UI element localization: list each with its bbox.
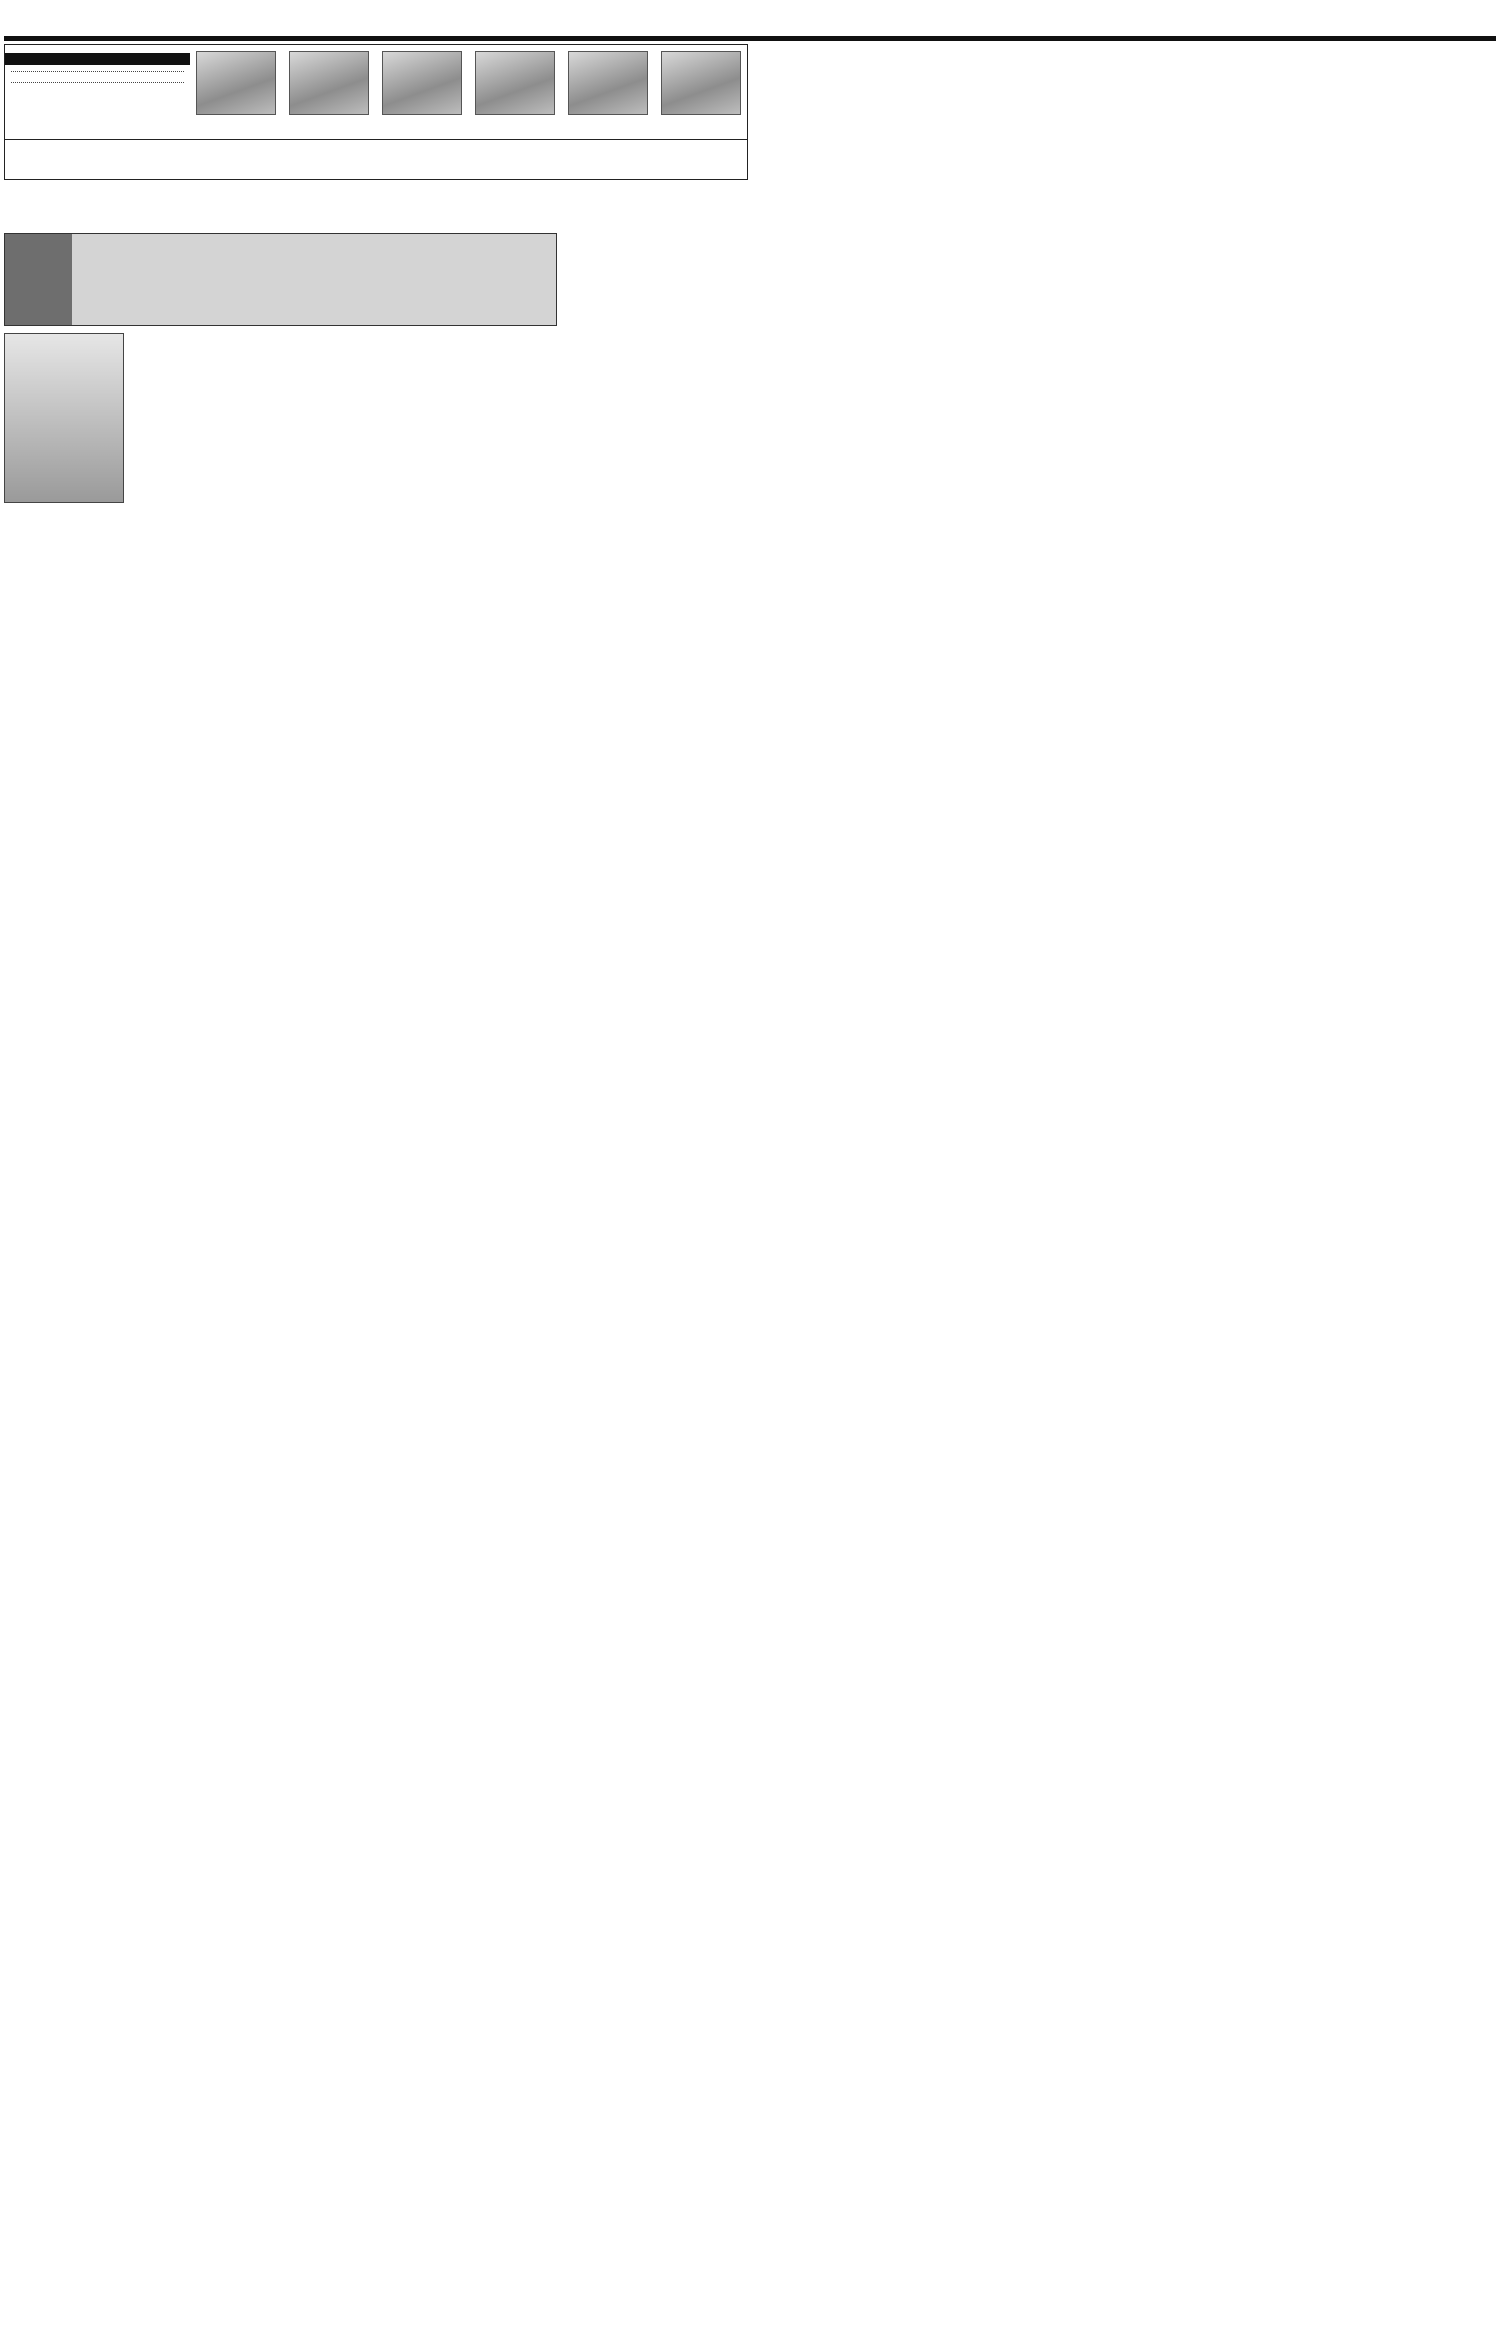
classified-banner (4, 233, 557, 326)
coupon-photo (475, 51, 555, 139)
header-rule (4, 36, 1496, 41)
age-field[interactable] (11, 80, 184, 83)
coupon-photo (382, 51, 462, 139)
coupon-terms (5, 140, 747, 146)
coupon-photo (289, 51, 369, 139)
name-field[interactable] (11, 69, 184, 72)
classified-col-1 (4, 333, 124, 509)
coupon-photo (196, 51, 276, 139)
coupon-photo (568, 51, 648, 139)
coupon-photo (661, 51, 741, 139)
page-header (4, 4, 1496, 34)
birthday-coupon (4, 44, 748, 180)
automobile-ads (4, 505, 124, 511)
automobile-image (4, 333, 124, 503)
coupon-title (5, 53, 190, 65)
